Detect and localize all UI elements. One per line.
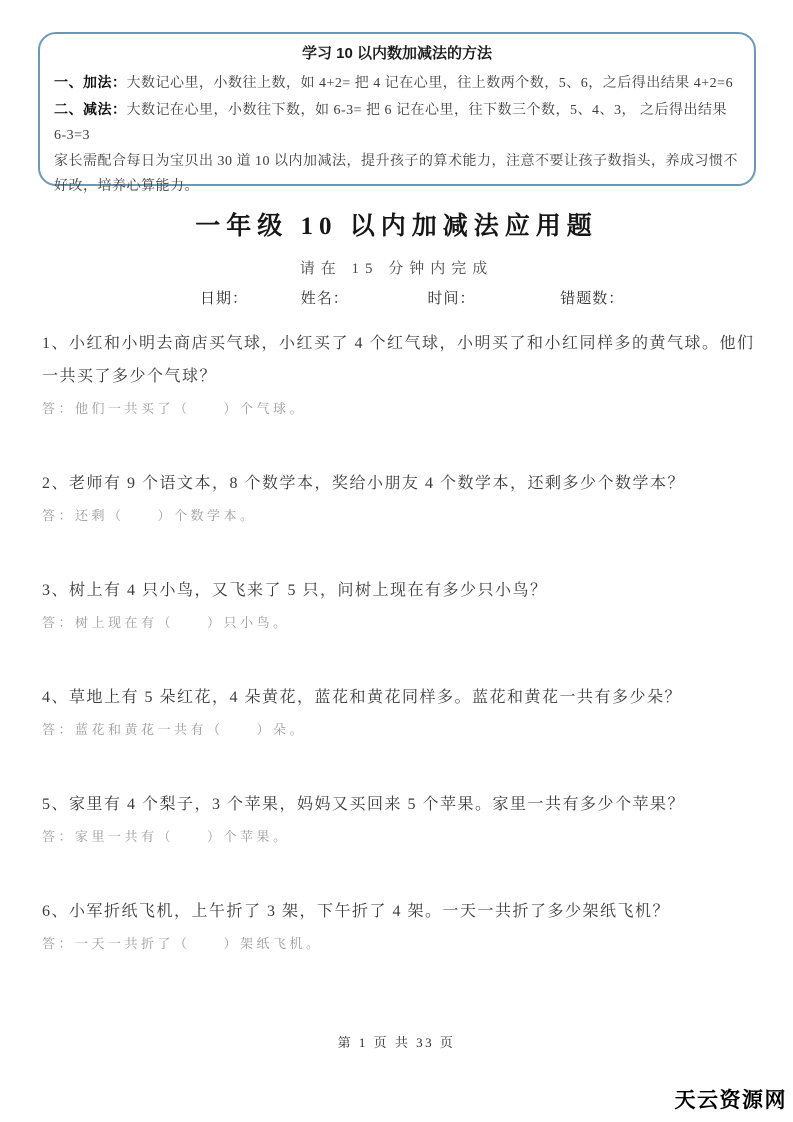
question-text: 5、家里有 4 个梨子，3 个苹果，妈妈又买回来 5 个苹果。家里一共有多少个苹… xyxy=(42,788,758,821)
addition-rule: 一、加法：大数记心里，小数往上数，如 4+2= 把 4 记在心里，往上数两个数，… xyxy=(54,70,740,97)
date-field-label: 日期： xyxy=(200,287,248,308)
method-box: 学习 10 以内数加减法的方法 一、加法：大数记心里，小数往上数，如 4+2= … xyxy=(38,32,756,186)
wrong-count-field-label: 错题数： xyxy=(560,287,624,308)
time-field-label: 时间： xyxy=(428,287,476,308)
page-title: 一年级 10 以内加减法应用题 xyxy=(0,206,793,242)
answer-blank-line: 答：还剩（ ）个数学本。 xyxy=(42,507,758,525)
addition-rule-text: 大数记心里，小数往上数，如 4+2= 把 4 记在心里，往上数两个数，5、6，之… xyxy=(127,76,734,91)
question-block-5: 5、家里有 4 个梨子，3 个苹果，妈妈又买回来 5 个苹果。家里一共有多少个苹… xyxy=(42,788,758,846)
answer-blank-line: 答：树上现在有（ ）只小鸟。 xyxy=(42,614,758,632)
question-block-4: 4、草地上有 5 朵红花，4 朵黄花，蓝花和黄花同样多。蓝花和黄花一共有多少朵？… xyxy=(42,681,758,739)
subtraction-rule: 二、减法：大数记在心里，小数往下数，如 6-3= 把 6 记在心里，往下数三个数… xyxy=(54,97,740,149)
question-text: 2、老师有 9 个语文本，8 个数学本，奖给小朋友 4 个数学本，还剩多少个数学… xyxy=(42,467,758,500)
answer-blank-line: 答：家里一共有（ ）个苹果。 xyxy=(42,828,758,846)
info-fields-row: 日期： 姓名： 时间： 错题数： xyxy=(200,287,624,308)
question-text: 4、草地上有 5 朵红花，4 朵黄花，蓝花和黄花同样多。蓝花和黄花一共有多少朵？ xyxy=(42,681,758,714)
page-number-footer: 第 1 页 共 33 页 xyxy=(0,1032,793,1051)
site-watermark: 天云资源网 xyxy=(675,1084,788,1114)
question-block-1: 1、小红和小明去商店买气球，小红买了 4 个红气球，小明买了和小红同样多的黄气球… xyxy=(42,327,758,418)
question-text: 1、小红和小明去商店买气球，小红买了 4 个红气球，小明买了和小红同样多的黄气球… xyxy=(42,327,758,393)
subtraction-rule-label: 二、减法： xyxy=(54,101,127,117)
addition-rule-label: 一、加法： xyxy=(54,74,127,90)
question-block-3: 3、树上有 4 只小鸟，又飞来了 5 只，问树上现在有多少只小鸟？ 答：树上现在… xyxy=(42,574,758,632)
answer-blank-line: 答：他们一共买了（ ）个气球。 xyxy=(42,400,758,418)
question-text: 3、树上有 4 只小鸟，又飞来了 5 只，问树上现在有多少只小鸟？ xyxy=(42,574,758,607)
answer-blank-line: 答：蓝花和黄花一共有（ ）朵。 xyxy=(42,721,758,739)
question-block-2: 2、老师有 9 个语文本，8 个数学本，奖给小朋友 4 个数学本，还剩多少个数学… xyxy=(42,467,758,525)
answer-blank-line: 答：一天一共折了（ ）架纸飞机。 xyxy=(42,935,758,953)
question-list: 1、小红和小明去商店买气球，小红买了 4 个红气球，小明买了和小红同样多的黄气球… xyxy=(42,327,758,1002)
subtraction-rule-text: 大数记在心里，小数往下数，如 6-3= 把 6 记在心里，往下数三个数，5、4、… xyxy=(54,103,727,144)
time-limit-subtitle: 请在 15 分钟内完成 xyxy=(0,257,793,278)
question-block-6: 6、小军折纸飞机，上午折了 3 架，下午折了 4 架。一天一共折了多少架纸飞机？… xyxy=(42,895,758,953)
parent-note: 家长需配合每日为宝贝出 30 道 10 以内加减法，提升孩子的算术能力，注意不要… xyxy=(54,149,740,200)
question-text: 6、小军折纸飞机，上午折了 3 架，下午折了 4 架。一天一共折了多少架纸飞机？ xyxy=(42,895,758,928)
name-field-label: 姓名： xyxy=(301,287,349,308)
method-box-title: 学习 10 以内数加减法的方法 xyxy=(54,42,740,63)
